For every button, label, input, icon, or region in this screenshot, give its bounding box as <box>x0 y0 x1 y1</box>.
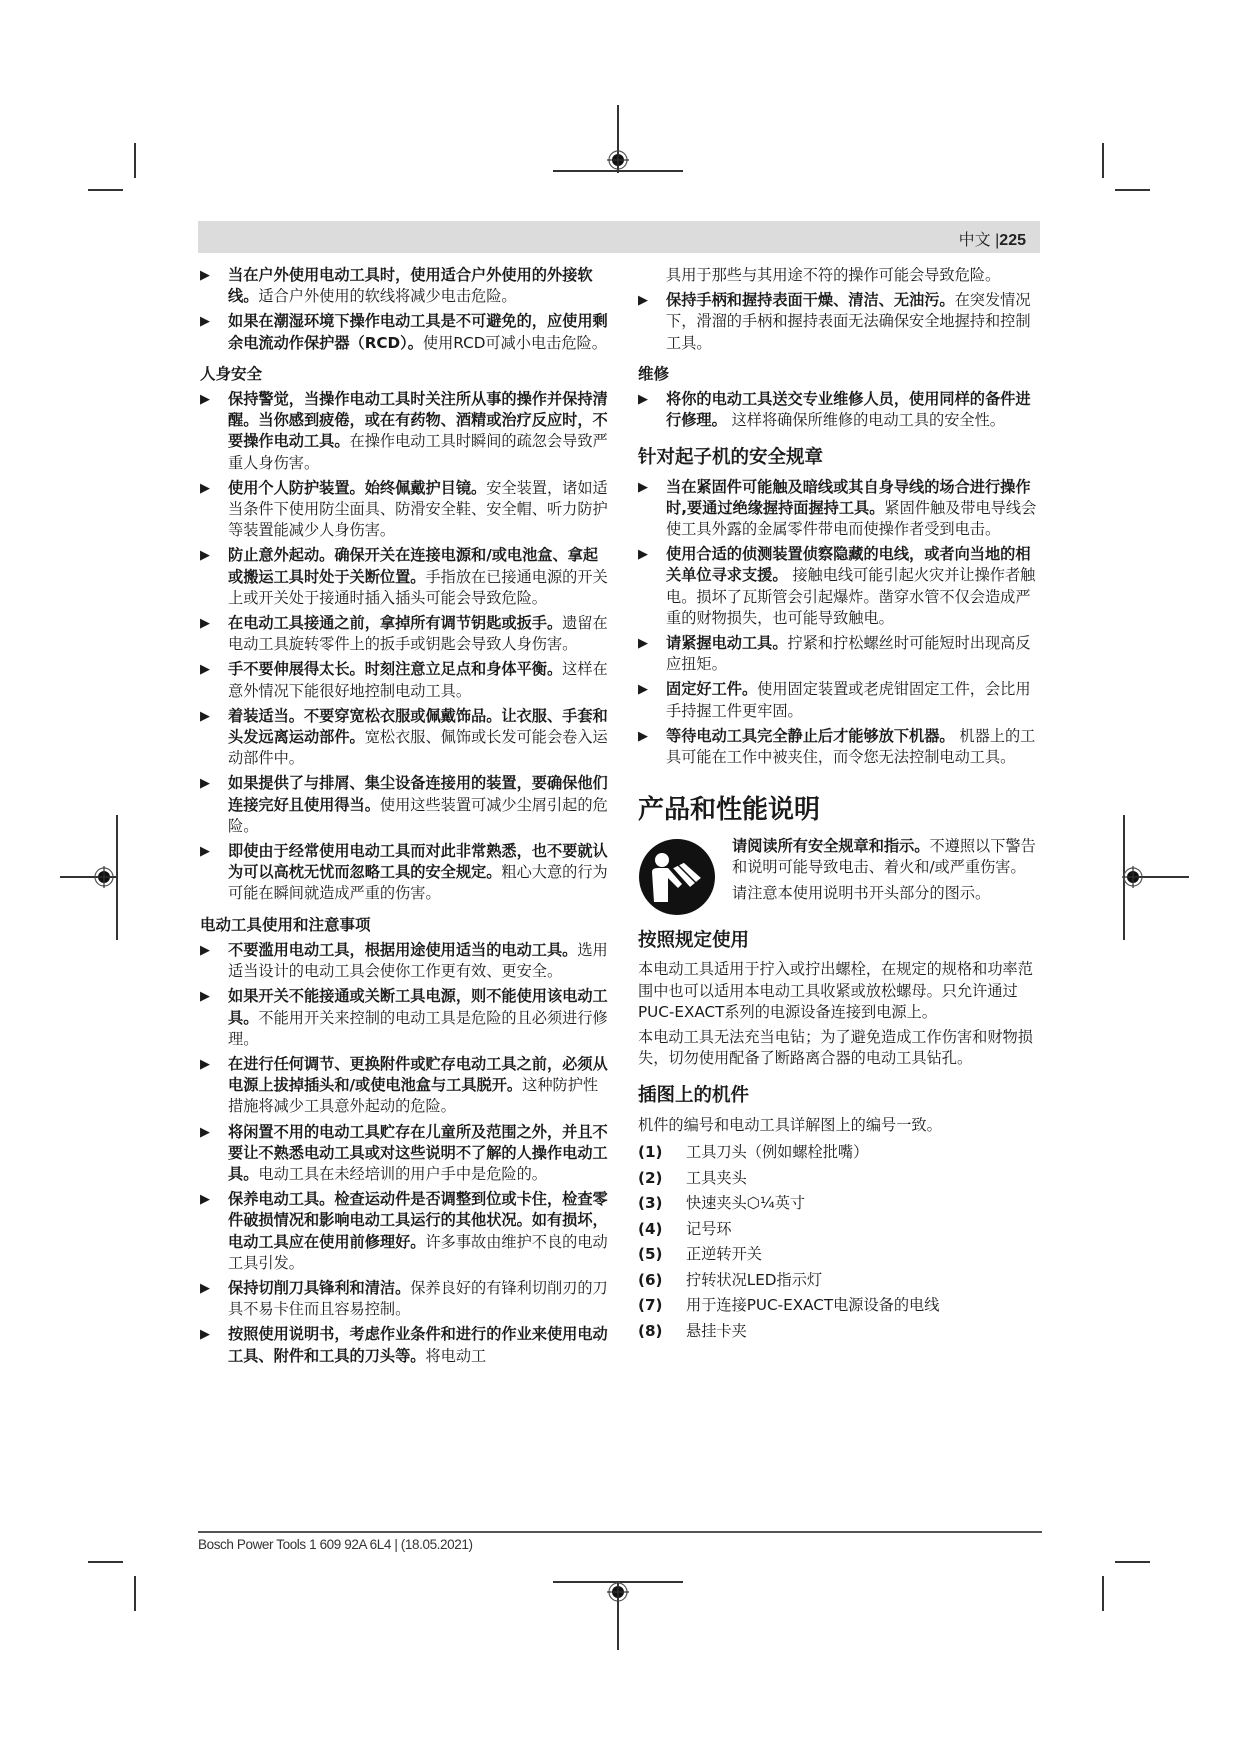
read-manual-notice: 请阅读所有安全规章和指示。不遵照以下警告和说明可能导致电击、着火和/或严重伤害。… <box>638 836 1043 914</box>
registration-mark-icon <box>93 866 115 888</box>
list-item: (5)正逆转开关 <box>638 1242 1043 1268</box>
bullet-arrow-icon: ▶ <box>200 706 210 727</box>
bullet-arrow-icon: ▶ <box>200 613 210 634</box>
paragraph: 本电动工具无法充当电钻；为了避免造成工作伤害和财物损失，切勿使用配备了断路离合器… <box>638 1027 1043 1069</box>
crop-mark <box>1115 1561 1150 1563</box>
list-item: (7)用于连接PUC-EXACT电源设备的电线 <box>638 1293 1043 1319</box>
bullet-item: ▶使用个人防护装置。始终佩戴护目镜。安全装置，诸如适当条件下使用防尘面具、防滑安… <box>200 478 608 542</box>
bullet-arrow-icon: ▶ <box>200 545 210 566</box>
bullet-arrow-icon: ▶ <box>200 389 210 410</box>
section-heading-personal-safety: 人身安全 <box>200 364 608 385</box>
bullet-arrow-icon: ▶ <box>200 940 210 961</box>
registration-mark-icon <box>1122 866 1144 888</box>
bullet-item: ▶防止意外起动。确保开关在连接电源和/或电池盒、拿起或搬运工具时处于关断位置。手… <box>200 545 608 609</box>
bullet-arrow-icon: ▶ <box>638 544 648 565</box>
section-heading-product-description: 产品和性能说明 <box>638 794 1043 826</box>
list-item: (4)记号环 <box>638 1216 1043 1242</box>
bullet-item: ▶保养电动工具。检查运动件是否调整到位或卡住，检查零件破损情况和影响电动工具运行… <box>200 1189 608 1274</box>
notice-text: 请阅读所有安全规章和指示。不遵照以下警告和说明可能导致电击、着火和/或严重伤害。 <box>732 836 1043 878</box>
registration-mark-icon <box>607 149 629 171</box>
bullet-item: ▶在进行任何调节、更换附件或贮存电动工具之前，必须从电源上拔掉插头和/或使电池盒… <box>200 1054 608 1118</box>
bullet-item: ▶保持切削刀具锋利和清洁。保养良好的有锋利切削刃的刀具不易卡住而且容易控制。 <box>200 1278 608 1320</box>
bullet-item: ▶即使由于经常使用电动工具而对此非常熟悉，也不要就认为可以高枕无忧而忽略工具的安… <box>200 841 608 905</box>
footer-divider <box>198 1531 1042 1533</box>
crop-mark <box>1102 143 1104 178</box>
bullet-arrow-icon: ▶ <box>200 1189 210 1210</box>
bullet-item: ▶按照使用说明书，考虑作业条件和进行的作业来使用电动工具、附件和工具的刀头等。将… <box>200 1324 608 1366</box>
bullet-arrow-icon: ▶ <box>638 726 648 747</box>
bullet-item: ▶如果提供了与排屑、集尘设备连接用的装置，要确保他们连接完好且使用得当。使用这些… <box>200 773 608 837</box>
bullet-arrow-icon: ▶ <box>200 1122 210 1143</box>
bullet-arrow-icon: ▶ <box>638 389 648 410</box>
list-item: (8)悬挂卡夹 <box>638 1318 1043 1344</box>
page-number: 225 <box>999 232 1026 249</box>
bullet-item: ▶将闲置不用的电动工具贮存在儿童所及范围之外，并且不要让不熟悉电动工具或对这些说… <box>200 1122 608 1186</box>
bullet-arrow-icon: ▶ <box>200 311 210 332</box>
section-heading-service: 维修 <box>638 364 1043 385</box>
crop-mark <box>88 189 123 191</box>
bullet-item: ▶当在紧固件可能触及暗线或其自身导线的场合进行操作时,要通过绝缘握持面握持工具。… <box>638 477 1043 541</box>
bullet-arrow-icon: ▶ <box>200 265 210 286</box>
bullet-item: ▶使用合适的侦测装置侦察隐藏的电线，或者向当地的相关单位寻求支援。 接触电线可能… <box>638 544 1043 629</box>
bullet-arrow-icon: ▶ <box>200 1324 210 1345</box>
section-heading-tool-use: 电动工具使用和注意事项 <box>200 915 608 936</box>
bullet-arrow-icon: ▶ <box>200 986 210 1007</box>
bullet-item: ▶将你的电动工具送交专业维修人员，使用同样的备件进行修理。 这样将确保所维修的电… <box>638 389 1043 431</box>
bullet-item: ▶固定好工件。使用固定装置或老虎钳固定工件，会比用手持握工件更牢固。 <box>638 679 1043 721</box>
list-item: (2)工具夹头 <box>638 1165 1043 1191</box>
bullet-item: ▶保持警觉，当操作电动工具时关注所从事的操作并保持清醒。当你感到疲倦，或在有药物… <box>200 389 608 474</box>
list-item: (6)拧转状况LED指示灯 <box>638 1267 1043 1293</box>
bullet-arrow-icon: ▶ <box>638 477 648 498</box>
notice-note: 请注意本使用说明书开头部分的图示。 <box>732 883 1043 904</box>
components-intro: 机件的编号和电动工具详解图上的编号一致。 <box>638 1115 1043 1136</box>
bullet-item: ▶着装适当。不要穿宽松衣服或佩戴饰品。让衣服、手套和头发远离运动部件。宽松衣服、… <box>200 706 608 770</box>
list-item: (1)工具刀头（例如螺栓批嘴） <box>638 1140 1043 1166</box>
crop-mark <box>134 1576 136 1611</box>
section-heading-intended-use: 按照规定使用 <box>638 930 1043 951</box>
bullet-arrow-icon: ▶ <box>200 773 210 794</box>
crop-mark <box>134 143 136 178</box>
page-header: 中文 |225 <box>198 221 1040 253</box>
bullet-arrow-icon: ▶ <box>200 1054 210 1075</box>
registration-line <box>116 815 118 940</box>
bullet-item: ▶保持手柄和握持表面干燥、清洁、无油污。在突发情况下，滑溜的手柄和握持表面无法确… <box>638 290 1043 354</box>
bullet-item: ▶请紧握电动工具。拧紧和拧松螺丝时可能短时出现高反应扭矩。 <box>638 633 1043 675</box>
bullet-item: ▶手不要伸展得太长。时刻注意立足点和身体平衡。这样在意外情况下能很好地控制电动工… <box>200 659 608 701</box>
bullet-arrow-icon: ▶ <box>638 290 648 311</box>
bullet-arrow-icon: ▶ <box>200 841 210 862</box>
list-item: (3)快速夹头⬡¼英寸 <box>638 1191 1043 1217</box>
bullet-arrow-icon: ▶ <box>200 659 210 680</box>
components-list: (1)工具刀头（例如螺栓批嘴） (2)工具夹头 (3)快速夹头⬡¼英寸 (4)记… <box>638 1140 1043 1344</box>
page-header-label: 中文 |225 <box>959 227 1026 250</box>
right-column: 具用于那些与其用途不符的操作可能会导致危险。 ▶保持手柄和握持表面干燥、清洁、无… <box>638 265 1043 1344</box>
section-heading-components: 插图上的机件 <box>638 1085 1043 1106</box>
crop-mark <box>1102 1576 1104 1611</box>
crop-mark <box>88 1561 123 1563</box>
continued-text: 具用于那些与其用途不符的操作可能会导致危险。 <box>638 265 1043 286</box>
bullet-arrow-icon: ▶ <box>638 679 648 700</box>
bullet-item: ▶如果在潮湿环境下操作电动工具是不可避免的，应使用剩余电流动作保护器（RCD）。… <box>200 311 608 353</box>
registration-mark-icon <box>607 1581 629 1603</box>
bullet-arrow-icon: ▶ <box>200 1278 210 1299</box>
left-column: ▶当在户外使用电动工具时，使用适合户外使用的外接软线。适合户外使用的软线将减少电… <box>200 265 608 1371</box>
section-heading-screwdriver-safety: 针对起子机的安全规章 <box>638 447 1043 468</box>
header-language: 中文 <box>959 232 991 249</box>
bullet-arrow-icon: ▶ <box>638 633 648 654</box>
bullet-item: ▶在电动工具接通之前，拿掉所有调节钥匙或扳手。遗留在电动工具旋转零件上的扳手或钥… <box>200 613 608 655</box>
paragraph: 本电动工具适用于拧入或拧出螺栓，在规定的规格和功率范围中也可以适用本电动工具收紧… <box>638 959 1043 1023</box>
footer-text: Bosch Power Tools 1 609 92A 6L4 | (18.05… <box>198 1537 473 1552</box>
bullet-item: ▶如果开关不能接通或关断工具电源，则不能使用该电动工具。不能用开关来控制的电动工… <box>200 986 608 1050</box>
bullet-arrow-icon: ▶ <box>200 478 210 499</box>
bullet-item: ▶不要滥用电动工具，根据用途使用适当的电动工具。选用适当设计的电动工具会使你工作… <box>200 940 608 982</box>
bullet-item: ▶当在户外使用电动工具时，使用适合户外使用的外接软线。适合户外使用的软线将减少电… <box>200 265 608 307</box>
crop-mark <box>1115 189 1150 191</box>
bullet-item: ▶等待电动工具完全静止后才能够放下机器。 机器上的工具可能在工作中被夹住，而令您… <box>638 726 1043 768</box>
read-manual-icon <box>638 838 716 916</box>
